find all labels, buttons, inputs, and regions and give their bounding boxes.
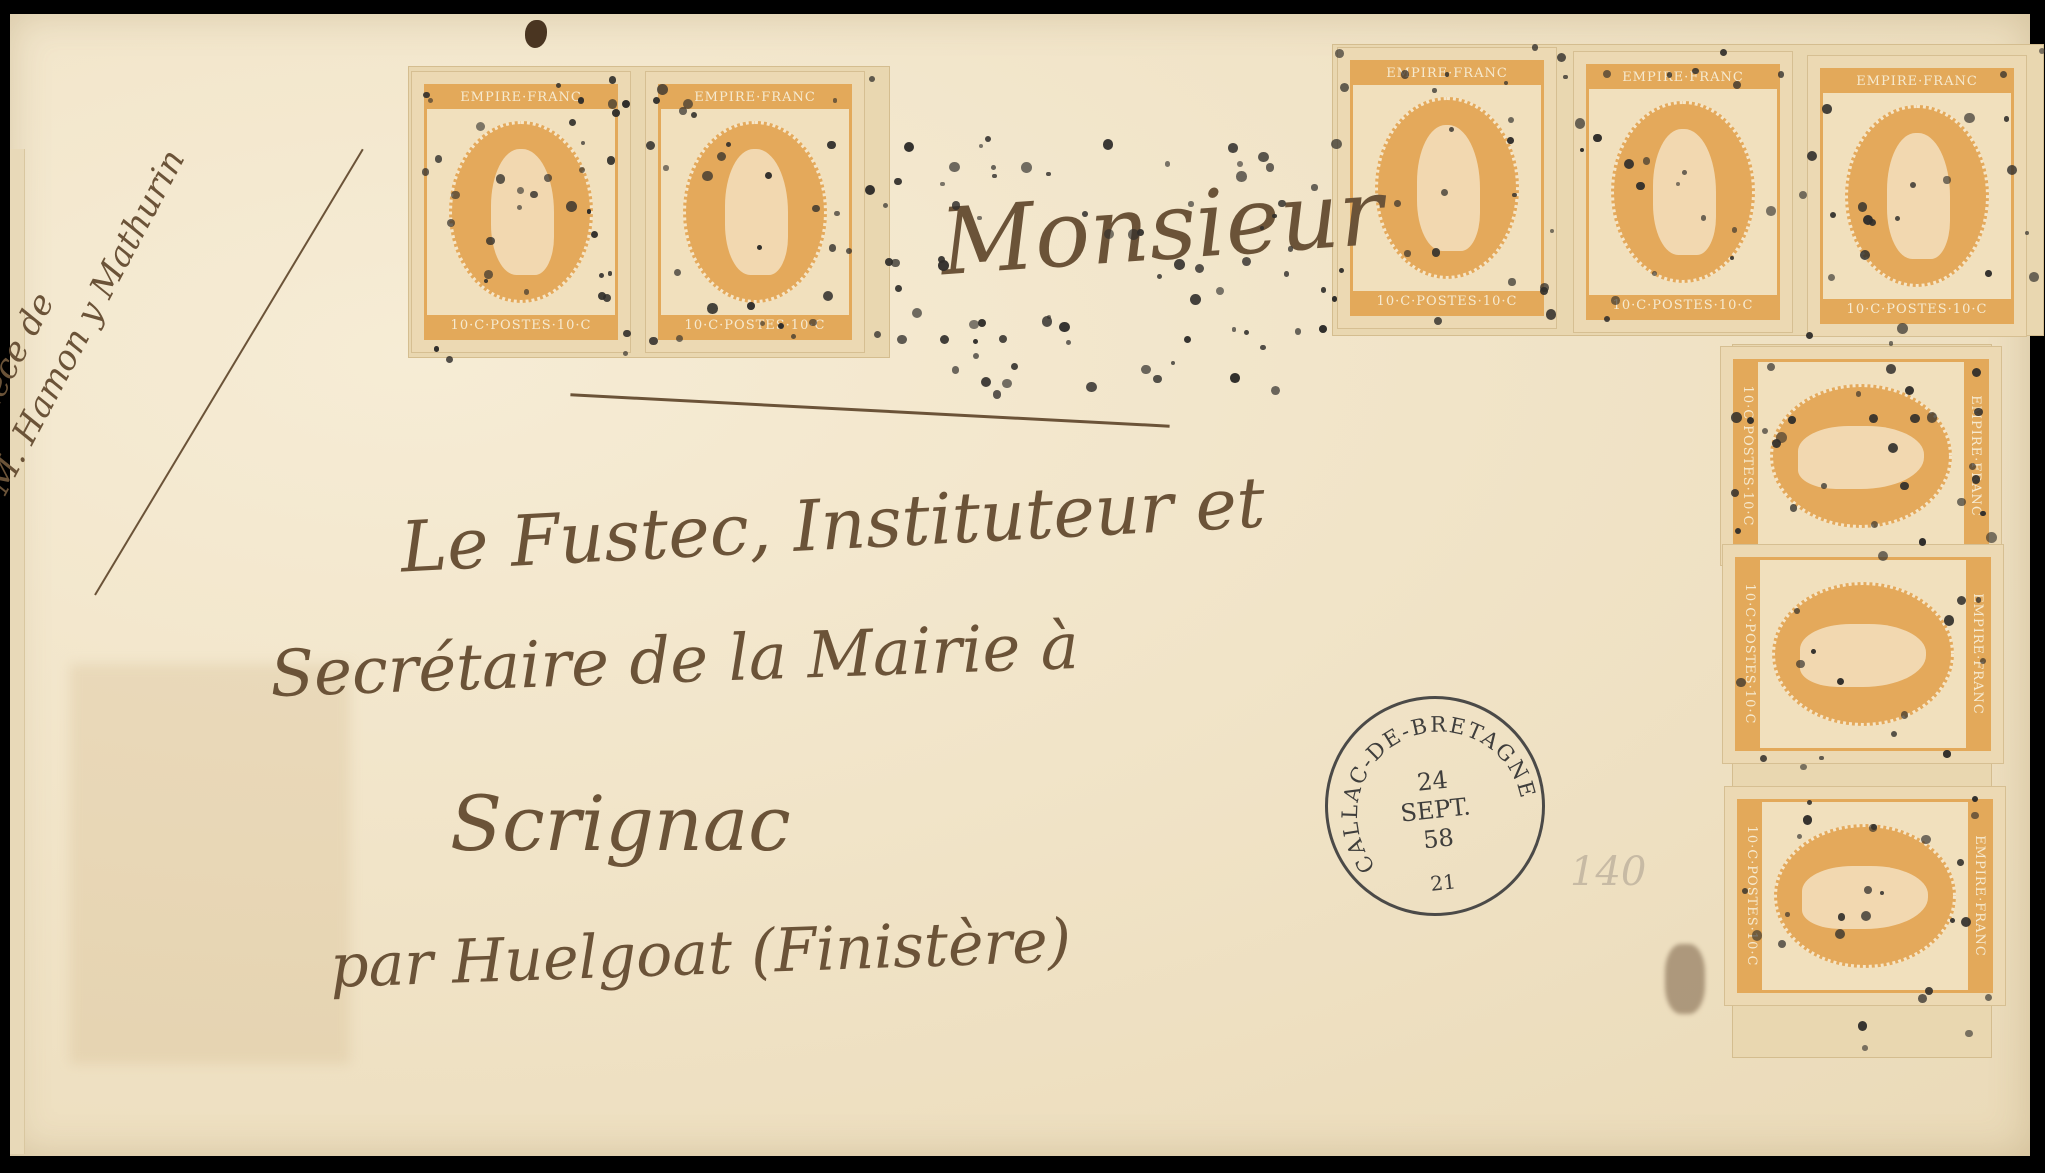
cancel-dot [1886,364,1896,374]
cancel-dot [1682,170,1687,175]
cancel-dot [1950,918,1955,923]
cancel-dot [940,335,949,344]
side-note: Pièce de M. Hamon y Mathurin [40,119,197,299]
cancel-dot [1871,521,1878,528]
cancel-dot [1976,597,1982,603]
cancel-dot [1790,504,1797,511]
cancel-dot [1762,428,1768,434]
cancel-dot [612,109,620,117]
ink-blot [525,20,547,48]
cancel-dot [707,303,717,313]
cancel-dot [446,356,453,363]
cancel-dot [1692,68,1698,74]
cancel-dot [1557,53,1566,62]
cancel-dot [1271,386,1280,395]
cancel-dot [1788,416,1796,424]
cancel-dot [623,351,628,356]
cancel-dot [2039,48,2045,54]
cancel-dot [726,142,731,147]
cancel-dot [1965,1030,1973,1038]
cancel-dot [544,174,552,182]
cancel-dot [1563,75,1568,80]
cancel-dot [938,256,945,263]
cancel-dot [1806,332,1813,339]
stamp: EMPIRE·FRANC10·C·POSTES·10·C [1573,51,1793,333]
cancel-dot [566,201,577,212]
cancel-dot [2029,272,2039,282]
cancel-dot [979,144,983,148]
address-underline [570,393,1169,427]
stamp-pair: EMPIRE·FRANC10·C·POSTES·10·C EMPIRE·FRAN… [408,66,890,358]
cancel-dot [1242,257,1251,266]
cancel-dot [496,174,506,184]
cancel-dot [1042,316,1053,327]
cancel-dot [657,84,668,95]
cancel-dot [1957,859,1964,866]
cancel-dot [1103,139,1114,150]
cancel-dot [1766,206,1776,216]
cancel-dot [1319,325,1327,333]
cancel-dot [1830,212,1836,218]
cancel-dot [1858,1021,1867,1030]
cancel-dot [1258,152,1268,162]
cancel-dot [1785,912,1790,917]
cancel-dot [422,168,430,176]
cancel-dot [778,323,784,329]
cancel-dot [1002,379,1012,389]
cancel-dot [993,390,1002,399]
cancel-dot [1731,412,1742,423]
cancel-dot [1339,268,1344,273]
cancel-dot [1066,340,1071,345]
cancel-dot [985,136,991,142]
cancel-dot [1944,615,1954,625]
portrait [725,149,788,276]
cancel-dot [1837,678,1844,685]
stamp-strip-vertical: EMPIRE·FRANC10·C·POSTES·10·C EMPIRE·FRAN… [1732,344,1992,1058]
cancel-dot [608,271,612,275]
cancel-dot [428,98,433,103]
cancel-dot [1794,608,1800,614]
stamp: EMPIRE·FRANC10·C·POSTES·10·C [1720,346,2002,566]
cancel-dot [1910,414,1920,424]
cancel-dot [760,321,765,326]
cancel-dot [1165,161,1170,166]
portrait [1798,426,1925,489]
cancel-dot [1897,323,1908,334]
cancel-dot [1546,309,1557,320]
cancel-dot [1778,940,1786,948]
cancel-dot [1864,886,1872,894]
cancel-dot [1174,259,1185,270]
cancel-dot [1667,72,1673,78]
cancel-dot [556,83,561,88]
cancel-dot [1332,296,1337,301]
cancel-dot [940,182,945,187]
cancel-dot [607,156,615,164]
cancel-dot [969,320,978,329]
cancel-dot [1575,118,1585,128]
cancel-dot [1394,200,1401,207]
cancel-dot [1971,812,1978,819]
cancel-dot [1778,71,1784,77]
cancel-dot [1504,81,1508,85]
cancel-dot [486,237,495,246]
address-line-4: Scrignac [450,779,791,868]
cancel-dot [1508,278,1515,285]
cancel-dot [1985,270,1992,277]
offset-stain [70,664,350,1064]
cancel-dot [1828,274,1835,281]
cancel-dot [1284,271,1289,276]
cancel-dot [1643,157,1650,164]
cancel-dot [1288,246,1293,251]
cancel-dot [1272,214,1276,218]
cancel-dot [978,319,986,327]
portrait [1417,125,1480,252]
portrait [491,149,554,276]
cancel-dot [952,366,960,374]
cancel-dot [683,99,693,109]
cancel-dot [1900,482,1908,490]
cancel-dot [812,205,819,212]
cancel-dot [1901,711,1908,718]
portrait [1800,624,1927,687]
cancel-dot [765,172,772,179]
cancel-dot [676,335,683,342]
cancel-dot [1972,475,1981,484]
cancel-dot [891,259,900,268]
address-line-2: Le Fustec, Instituteur et [398,461,1266,588]
cancel-dot [1335,49,1344,58]
cancel-dot [435,155,442,162]
cancel-dot [1512,193,1516,197]
cancel-dot [1593,134,1601,142]
cancel-dot [608,99,618,109]
cancel-dot [1676,182,1680,186]
cancel-dot [1880,891,1884,895]
cancel-dot [897,335,907,345]
cancel-dot [1244,330,1249,335]
cancel-dot [578,97,584,103]
cancel-dot [1021,162,1032,173]
stamp: EMPIRE·FRANC10·C·POSTES·10·C [1807,55,2027,337]
cancel-dot [1919,538,1926,545]
cancel-dot [1532,44,1539,51]
cancel-dot [747,302,754,309]
cancel-dot [791,334,796,339]
cancel-dot [1822,104,1831,113]
cancel-dot [1943,176,1950,183]
cancel-dot [1401,70,1409,78]
cancel-dot [663,165,668,170]
cancel-dot [622,100,630,108]
cancel-dot [809,319,817,327]
cancel-dot [1733,81,1741,89]
cancel-dot [623,330,631,338]
cancel-dot [1838,913,1846,921]
cancel-dot [484,270,493,279]
cancel-dot [949,162,959,172]
cancel-dot [1321,287,1326,292]
cancel-dot [1540,287,1548,295]
cancel-dot [999,335,1007,343]
cancel-dot [1153,375,1162,384]
cancel-dot [869,76,875,82]
cancel-dot [981,377,991,387]
cancel-dot [912,308,922,318]
cancel-dot [1961,917,1971,927]
cancel-dot [904,142,914,152]
cancel-dot [1432,248,1440,256]
cancel-dot [591,231,598,238]
cancel-dot [1811,649,1816,654]
cancel-dot [1059,322,1070,333]
cancel-dot [1141,365,1151,375]
cancel-dot [1266,163,1275,172]
cancel-dot [451,191,459,199]
cancel-dot [1760,755,1767,762]
cancel-dot [1188,201,1193,206]
cancel-dot [1889,341,1893,345]
cancel-dot [717,152,726,161]
stamp: EMPIRE·FRANC10·C·POSTES·10·C [645,71,865,353]
cancel-dot [1086,382,1097,393]
cancel-dot [952,201,960,209]
postmark: CALLAC-DE-BRETAGNE 24 SEPT. 58 21 [1314,685,1556,927]
cancel-dot [1856,391,1862,397]
pencil-note: 140 [1570,849,1646,895]
cancel-dot [530,191,537,198]
stamp: EMPIRE·FRANC10·C·POSTES·10·C [1722,544,2004,764]
cancel-dot [1701,215,1707,221]
cancel-dot [1986,532,1997,543]
cancel-dot [1871,824,1877,830]
cancel-dot [2025,231,2029,235]
cancel-dot [1807,800,1812,805]
cancel-dot [1011,363,1019,371]
cancel-dot [1957,596,1966,605]
cancel-dot [1228,143,1238,153]
cancel-dot [992,174,996,178]
cancel-dot [423,92,429,98]
stamp-strip-horizontal: EMPIRE·FRANC10·C·POSTES·10·C EMPIRE·FRAN… [1332,44,2044,336]
cancel-dot [1232,327,1237,332]
cancel-dot [1184,336,1191,343]
stamp: EMPIRE·FRANC10·C·POSTES·10·C [1724,786,2006,1006]
cancel-dot [1278,200,1286,208]
cancel-dot [434,346,439,351]
cancel-dot [1216,287,1224,295]
cancel-dot [1449,127,1454,132]
cancel-dot [653,97,660,104]
cancel-dot [1821,483,1827,489]
cancel-dot [1432,88,1437,93]
cancel-dot [1803,815,1813,825]
cancel-dot [1237,161,1243,167]
cancel-dot [1260,345,1266,351]
cancel-dot [1550,229,1554,233]
cancel-dot [1980,658,1986,664]
letter-cover: Pièce de M. Hamon y Mathurin EMPIRE·FRAN… [10,14,2030,1156]
cancel-dot [991,165,996,170]
cancel-dot [1974,408,1983,417]
cancel-dot [1819,756,1823,760]
cancel-dot [1190,294,1201,305]
cancel-dot [1611,296,1619,304]
cancel-dot [973,339,978,344]
address-line-5: par Huelgoat (Finistère) [329,906,1072,1002]
cancel-dot [894,178,901,185]
cancel-dot [1046,172,1050,176]
cancel-dot [674,269,681,276]
cancel-dot [973,353,979,359]
ink-smudge [1665,944,1705,1014]
cancel-dot [895,285,902,292]
cancel-dot [1295,328,1301,334]
address-line-3: Secrétaire de la Mairie à [269,610,1080,712]
cancel-dot [1230,373,1240,383]
cancel-dot [1891,731,1897,737]
cancel-dot [846,248,852,254]
cancel-dot [1311,184,1317,190]
cancel-dot [1732,227,1738,233]
cancel-dot [829,244,836,251]
cancel-dot [1236,171,1246,181]
cancel-dot [1796,660,1804,668]
cancel-dot [833,98,838,103]
cancel-dot [517,187,524,194]
cancel-dot [1636,182,1644,190]
cancel-dot [1918,994,1927,1003]
portrait [1653,129,1716,256]
cancel-dot [1980,511,1985,516]
cancel-dot [1943,750,1950,757]
cancel-dot [517,205,522,210]
cancel-dot [2004,116,2010,122]
cancel-dot [834,211,840,217]
cancel-dot [1104,229,1114,239]
cancel-dot [1445,72,1449,76]
cancel-dot [1921,835,1930,844]
stamp: EMPIRE·FRANC10·C·POSTES·10·C [411,71,631,353]
cancel-dot [1652,271,1657,276]
cancel-dot [1404,250,1410,256]
cancel-dot [1171,361,1175,365]
portrait [1887,133,1950,260]
cancel-dot [1927,412,1938,423]
